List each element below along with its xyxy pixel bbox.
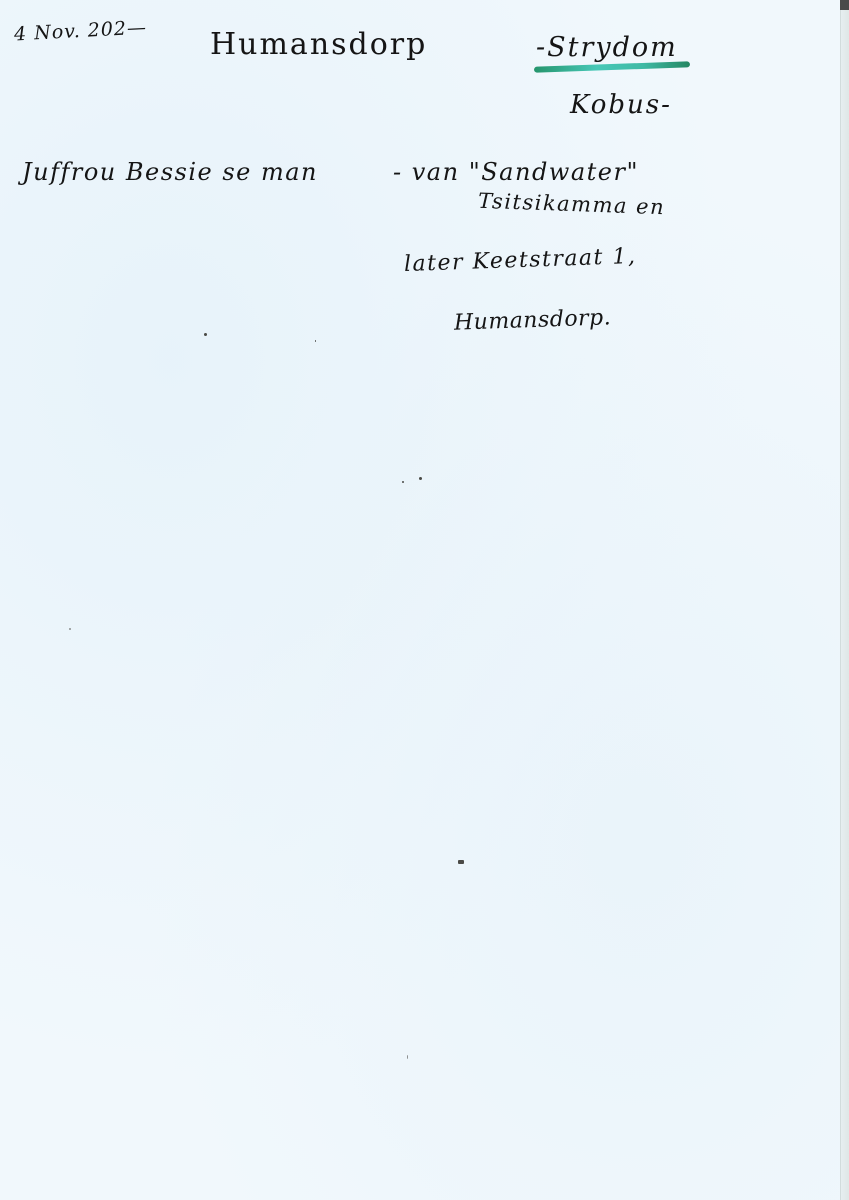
paper-speck	[402, 481, 404, 483]
paper-speck	[315, 340, 316, 342]
given-name-text: Kobus-	[570, 92, 672, 118]
paper-speck	[407, 1055, 408, 1059]
scan-corner	[840, 0, 849, 10]
document-page: 4 Nov. 202— Humansdorp -Strydom Kobus- J…	[0, 0, 849, 1200]
page-edge	[840, 0, 849, 1200]
date-text: 4 Nov. 202—	[14, 19, 148, 45]
paper-speck	[204, 333, 207, 336]
note-line-1: Juffrou Bessie se man	[22, 160, 318, 184]
note-line-2: - van "Sandwater"	[393, 160, 639, 184]
note-line-4: later Keetstraat 1,	[404, 246, 637, 276]
place-title: Humansdorp	[210, 30, 427, 60]
paper-speck	[458, 860, 464, 864]
paper-speck	[419, 477, 422, 480]
paper-speck	[69, 628, 71, 630]
note-line-3: Tsitsikamma en	[478, 191, 666, 219]
surname-text: -Strydom	[536, 34, 678, 61]
note-line-5: Humansdorp.	[454, 307, 612, 334]
